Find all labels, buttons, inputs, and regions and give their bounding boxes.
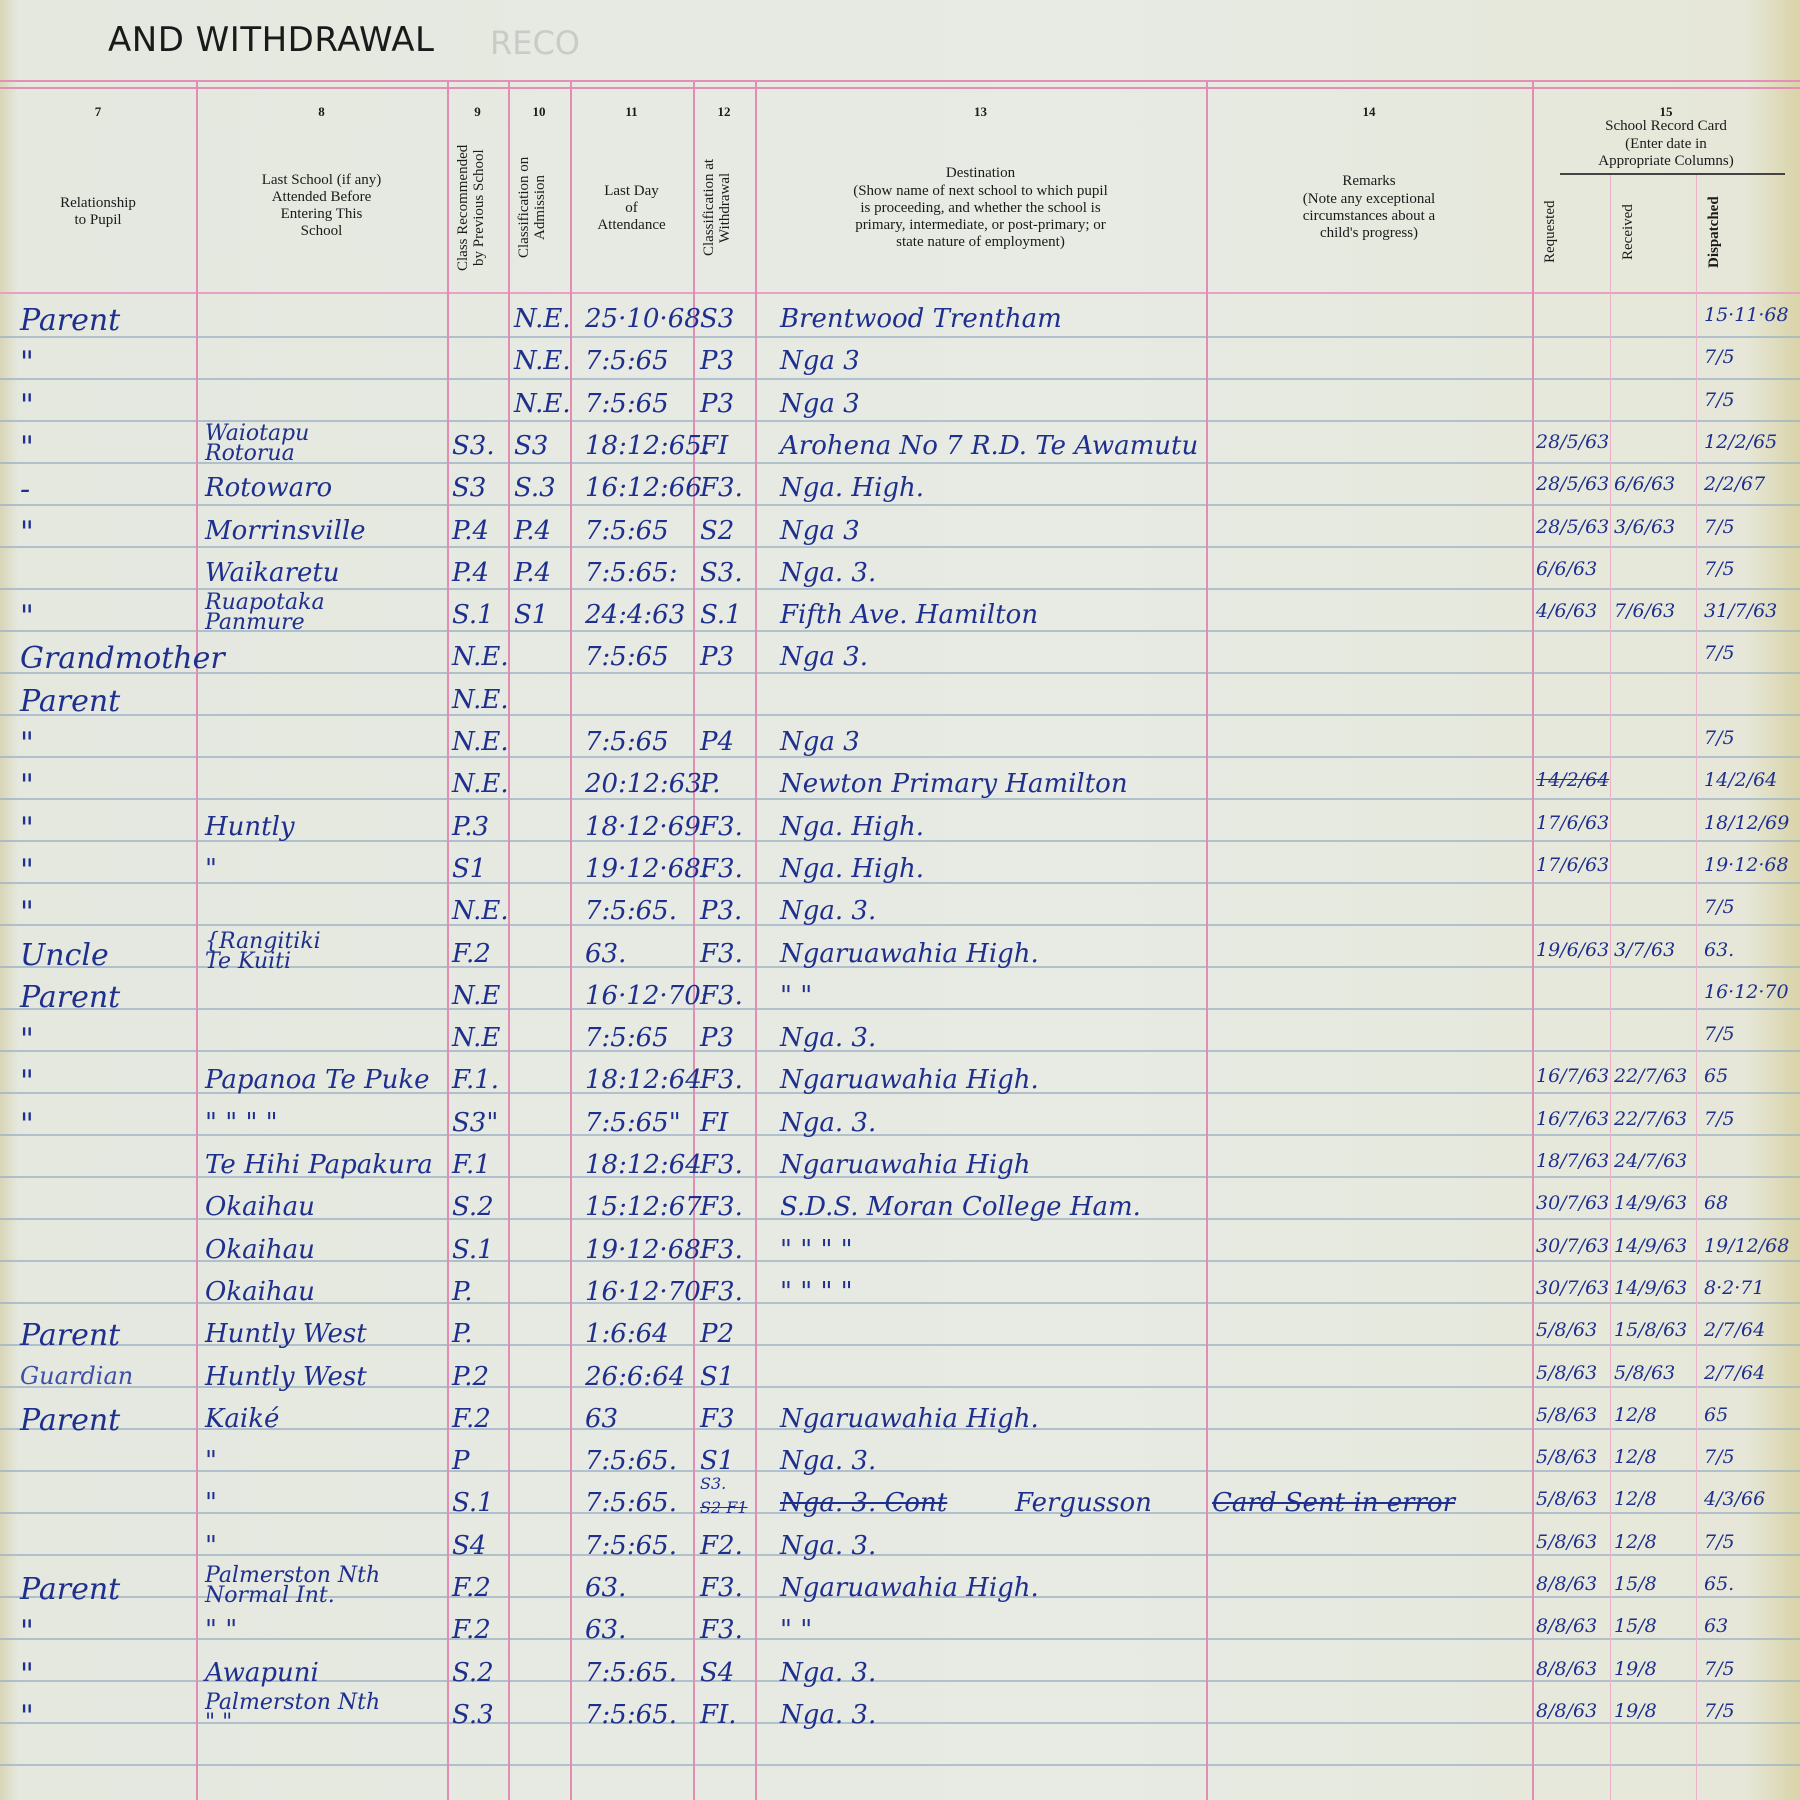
cell-class-withdrawal: P3 (700, 348, 734, 374)
cell-dispatched: 2/7/64 (1704, 1364, 1765, 1383)
cell-last-school: Okaihau (205, 1237, 315, 1263)
cell-class-withdrawal: P3. (700, 898, 742, 924)
cell-class-recommended: F.2 (452, 941, 491, 967)
cell-requested: 5/8/63 (1536, 1490, 1597, 1509)
cell-requested: 18/7/63 (1536, 1152, 1609, 1171)
cell-class-recommended: S.2 (452, 1660, 494, 1686)
cell-remarks: Card Sent in error (1212, 1490, 1455, 1516)
cell-received: 12/8 (1614, 1490, 1657, 1509)
cell-class-withdrawal: F3 (700, 1406, 735, 1432)
column-number: 13 (755, 104, 1206, 120)
cell-last-day: 18:12:64 (585, 1152, 702, 1178)
column-number: 9 (447, 104, 508, 120)
cell-dispatched: 7/5 (1704, 1533, 1735, 1552)
cell-relationship: " (20, 433, 34, 463)
cell-destination: Nga. 3. (780, 1533, 876, 1559)
cell-dispatched: 7/5 (1704, 729, 1735, 748)
cell-destination: Nga. 3. (780, 1448, 876, 1474)
cell-last-day: 63. (585, 1575, 626, 1601)
cell-relationship: " (20, 348, 34, 378)
ledger-page: AND WITHDRAWAL RECO 7Relationship to Pup… (0, 0, 1800, 1800)
cell-class-withdrawal: F3. (700, 1067, 743, 1093)
cell-relationship: " (20, 898, 34, 928)
page-title: AND WITHDRAWAL (108, 20, 434, 60)
cell-dispatched: 68 (1704, 1194, 1728, 1213)
cell-last-day: 25·10·68 (585, 306, 701, 332)
cell-class-withdrawal: F3. (700, 856, 743, 882)
cell-class-recommended: F.2 (452, 1575, 491, 1601)
cell-class-withdrawal: S.1 (700, 602, 742, 628)
cell-dispatched: 7/5 (1704, 1025, 1735, 1044)
cell-requested: 8/8/63 (1536, 1660, 1597, 1679)
cell-dispatched: 8·2·71 (1704, 1279, 1764, 1298)
subcolumn-header-requested: Requested (1542, 182, 1600, 282)
cell-requested: 19/6/63 (1536, 941, 1609, 960)
cell-destination: Nga. 3. (780, 1702, 876, 1728)
cell-last-school: Te Hihi Papakura (205, 1152, 433, 1178)
cell-destination: Nga 3. (780, 644, 868, 670)
cell-class-withdrawal: S2 (700, 518, 734, 544)
column-header: Remarks (1206, 173, 1532, 190)
column-number: 10 (508, 104, 570, 120)
cell-destination: Ngaruawahia High. (780, 941, 1039, 967)
cell-dispatched: 7/5 (1704, 898, 1735, 917)
cell-destination: Nga 3 (780, 348, 860, 374)
cell-last-day: 7:5:65 (585, 1025, 669, 1051)
cell-class-recommended: S3. (452, 433, 495, 459)
cell-requested: 17/6/63 (1536, 856, 1609, 875)
cell-requested: 28/5/63 (1536, 518, 1609, 537)
cell-last-day: 7:5:65: (585, 560, 677, 586)
cell-destination: Arohena No 7 R.D. Te Awamutu (780, 433, 1198, 459)
cell-dispatched: 65 (1704, 1406, 1728, 1425)
column-rule (196, 82, 198, 1800)
cell-received: 14/9/63 (1614, 1237, 1687, 1256)
cell-last-day: 63 (585, 1406, 618, 1432)
cell-class-recommended: S.1 (452, 1237, 494, 1263)
cell-last-day: 7:5:65 (585, 729, 669, 755)
cell-requested: 8/8/63 (1536, 1702, 1597, 1721)
cell-requested: 17/6/63 (1536, 814, 1609, 833)
cell-class-withdrawal: S3 (700, 306, 734, 332)
cell-last-day: 7:5:65. (585, 898, 677, 924)
cell-last-school: Okaihau (205, 1279, 315, 1305)
cell-class-recommended: S.1 (452, 602, 494, 628)
cell-destination: Nga 3 (780, 391, 860, 417)
cell-last-day: 18:12:65. (585, 433, 710, 459)
cell-dispatched: 19·12·68 (1704, 856, 1789, 875)
cell-last-day: 18:12:64 (585, 1067, 702, 1093)
cell-destination: " " " " (780, 1279, 853, 1305)
cell-class-recommended: S.3 (452, 1702, 494, 1728)
cell-class-admission: N.E. (514, 348, 571, 374)
cell-destination: Ngaruawahia High (780, 1152, 1031, 1178)
cell-requested: 16/7/63 (1536, 1110, 1609, 1129)
cell-destination: Nga. 3. (780, 560, 876, 586)
record-card-divider (1560, 173, 1785, 175)
cell-dispatched: 7/5 (1704, 348, 1735, 367)
cell-dispatched: 7/5 (1704, 1702, 1735, 1721)
cell-class-withdrawal: FI (700, 433, 728, 459)
column-header-vertical: Class Recommended by Previous School (455, 130, 500, 285)
cell-last-day: 15:12:67 (585, 1194, 702, 1220)
cell-last-school: Te Kuiti (205, 951, 291, 973)
cell-last-day: 24:4:63 (585, 602, 685, 628)
cell-class-recommended: F.2 (452, 1406, 491, 1432)
cell-destination: Nga. High. (780, 814, 924, 840)
cell-dispatched: 2/7/64 (1704, 1321, 1765, 1340)
cell-received: 12/8 (1614, 1406, 1657, 1425)
cell-relationship: " (20, 1110, 34, 1140)
cell-class-recommended: P (452, 1448, 470, 1474)
cell-class-withdrawal-struck: S2 F1 (700, 1500, 748, 1516)
column-number: 8 (196, 104, 447, 120)
cell-last-school: Kaiké (205, 1406, 279, 1432)
cell-class-admission: S.3 (514, 475, 556, 501)
cell-destination: Ngaruawahia High. (780, 1575, 1039, 1601)
cell-last-day: 20:12:63. (585, 771, 710, 797)
cell-received: 22/7/63 (1614, 1067, 1687, 1086)
cell-destination: Nga. High. (780, 856, 924, 882)
cell-last-school: " (205, 856, 217, 882)
cell-dispatched: 7/5 (1704, 391, 1735, 410)
cell-requested: 30/7/63 (1536, 1237, 1609, 1256)
cell-requested: 30/7/63 (1536, 1279, 1609, 1298)
cell-received: 19/8 (1614, 1702, 1657, 1721)
cell-requested: 28/5/63 (1536, 475, 1609, 494)
cell-dispatched: 7/5 (1704, 1660, 1735, 1679)
cell-received: 5/8/63 (1614, 1364, 1675, 1383)
column-subheader: (Enter date in Appropriate Columns) (1532, 136, 1800, 170)
cell-dispatched: 14/2/64 (1704, 771, 1777, 790)
column-rule (1206, 82, 1208, 1800)
show-through-text: RECO (490, 24, 580, 62)
cell-class-withdrawal: S3. (700, 560, 743, 586)
cell-class-withdrawal: F3. (700, 814, 743, 840)
cell-last-school: Awapuni (205, 1660, 319, 1686)
cell-dispatched: 2/2/67 (1704, 475, 1765, 494)
cell-destination: " " (780, 983, 812, 1009)
cell-destination: " " " " (780, 1237, 853, 1263)
cell-class-recommended: S.1 (452, 1490, 494, 1516)
cell-class-withdrawal: S1 (700, 1364, 734, 1390)
cell-destination: Fergusson (1015, 1490, 1152, 1516)
cell-requested: 6/6/63 (1536, 560, 1597, 579)
cell-relationship: Parent (20, 687, 120, 717)
cell-dispatched: 4/3/66 (1704, 1490, 1765, 1509)
cell-relationship: " (20, 856, 34, 886)
column-header: School Record Card (1532, 118, 1800, 135)
cell-last-school: Normal Int. (205, 1585, 335, 1607)
cell-last-school: Waikaretu (205, 560, 340, 586)
column-header: Last Day of Attendance (570, 183, 693, 234)
cell-requested: 5/8/63 (1536, 1364, 1597, 1383)
cell-destination: Nga. 3. (780, 1660, 876, 1686)
cell-received: 19/8 (1614, 1660, 1657, 1679)
cell-destination: Nga 3 (780, 518, 860, 544)
cell-class-withdrawal: FI (700, 1110, 728, 1136)
cell-requested: 5/8/63 (1536, 1321, 1597, 1340)
cell-received: 24/7/63 (1614, 1152, 1687, 1171)
cell-received: 12/8 (1614, 1533, 1657, 1552)
cell-destination: Fifth Ave. Hamilton (780, 602, 1038, 628)
cell-dispatched: 31/7/63 (1704, 602, 1777, 621)
cell-destination: " " (780, 1617, 812, 1643)
cell-last-day: 1:6:64 (585, 1321, 669, 1347)
cell-received: 22/7/63 (1614, 1110, 1687, 1129)
column-rule (447, 82, 449, 1800)
cell-requested: 14/2/64 (1536, 771, 1609, 790)
cell-last-school: Papanoa Te Puke (205, 1067, 430, 1093)
cell-requested: 4/6/63 (1536, 602, 1597, 621)
header-bottom-rule (0, 292, 1800, 294)
cell-dispatched: 15·11·68 (1704, 306, 1789, 325)
cell-relationship: Parent (20, 983, 120, 1013)
cell-last-school: Okaihau (205, 1194, 315, 1220)
subcolumn-header-received: Received (1620, 182, 1686, 282)
cell-requested: 5/8/63 (1536, 1533, 1597, 1552)
cell-relationship: " (20, 729, 34, 759)
cell-last-day: 63. (585, 1617, 626, 1643)
cell-dispatched: 63 (1704, 1617, 1728, 1636)
cell-class-withdrawal: F3. (700, 1152, 743, 1178)
cell-class-withdrawal: P3 (700, 391, 734, 417)
cell-destination: Nga. High. (780, 475, 924, 501)
cell-last-day: 7:5:65. (585, 1660, 677, 1686)
cell-relationship: " (20, 602, 34, 632)
cell-received: 15/8 (1614, 1617, 1657, 1636)
cell-dispatched: 7/5 (1704, 518, 1735, 537)
cell-relationship: Parent (20, 1321, 120, 1351)
cell-last-school: Morrinsville (205, 518, 366, 544)
cell-class-recommended: S1 (452, 856, 486, 882)
cell-class-withdrawal: P4 (700, 729, 734, 755)
cell-dispatched: 7/5 (1704, 644, 1735, 663)
cell-dispatched: 63. (1704, 941, 1734, 960)
column-number: 11 (570, 104, 693, 120)
column-number: 12 (693, 104, 755, 120)
column-header: Last School (if any) Attended Before Ent… (196, 172, 447, 240)
cell-class-recommended: S4 (452, 1533, 486, 1559)
cell-last-day: 7:5:65 (585, 348, 669, 374)
cell-last-day: 7:5:65 (585, 518, 669, 544)
cell-class-withdrawal: S1 (700, 1448, 734, 1474)
cell-last-day: 26:6:64 (585, 1364, 685, 1390)
cell-last-day: 7:5:65. (585, 1702, 677, 1728)
cell-destination: Nga 3 (780, 729, 860, 755)
cell-class-recommended: N.E. (452, 644, 509, 670)
cell-class-admission: P.4 (514, 560, 551, 586)
cell-last-school: " (205, 1490, 217, 1516)
cell-class-withdrawal: S3. (700, 1476, 726, 1492)
cell-class-withdrawal: F3. (700, 1575, 743, 1601)
cell-class-recommended: P. (452, 1321, 473, 1347)
cell-class-recommended: P. (452, 1279, 473, 1305)
cell-class-withdrawal: FI. (700, 1702, 737, 1728)
cell-class-withdrawal: F3. (700, 1279, 743, 1305)
cell-last-school: Huntly West (205, 1364, 367, 1390)
cell-relationship: Parent (20, 306, 120, 336)
cell-last-school: Rotorua (205, 443, 295, 465)
cell-dispatched: 19/12/68 (1704, 1237, 1789, 1256)
cell-relationship: Grandmother (20, 644, 225, 674)
cell-destination: Ngaruawahia High. (780, 1406, 1039, 1432)
column-rule (1532, 82, 1534, 1800)
cell-dispatched: 12/2/65 (1704, 433, 1777, 452)
cell-last-school: " " (205, 1712, 232, 1734)
column-header-vertical: Classification at Withdrawal (701, 130, 747, 285)
cell-class-withdrawal: P2 (700, 1321, 734, 1347)
cell-class-recommended: P.2 (452, 1364, 489, 1390)
column-rule (508, 82, 510, 1800)
cell-relationship: " (20, 771, 34, 801)
cell-last-day: 18·12·69 (585, 814, 701, 840)
cell-relationship: " (20, 1660, 34, 1690)
cell-destination: Ngaruawahia High. (780, 1067, 1039, 1093)
cell-relationship: - (20, 475, 30, 505)
column-rule (570, 82, 572, 1800)
cell-class-recommended: F.1. (452, 1067, 499, 1093)
cell-last-school: Rotowaro (205, 475, 332, 501)
cell-last-day: 7:5:65. (585, 1533, 677, 1559)
cell-received: 3/6/63 (1614, 518, 1675, 537)
cell-class-recommended: N.E. (452, 898, 509, 924)
cell-class-recommended: P.3 (452, 814, 489, 840)
cell-class-recommended: P.4 (452, 518, 489, 544)
cell-class-recommended: N.E (452, 1025, 500, 1051)
cell-destination: Nga. 3. (780, 1110, 876, 1136)
cell-destination: Brentwood Trentham (780, 306, 1062, 332)
cell-relationship: " (20, 1617, 34, 1647)
cell-class-withdrawal: P. (700, 771, 721, 797)
cell-received: 12/8 (1614, 1448, 1657, 1467)
cell-relationship: " (20, 814, 34, 844)
cell-class-withdrawal: S4 (700, 1660, 734, 1686)
column-header: Relationship to Pupil (0, 195, 196, 229)
cell-dispatched: 65 (1704, 1067, 1728, 1086)
cell-last-school: Panmure (205, 612, 305, 634)
cell-class-admission: N.E. (514, 391, 571, 417)
cell-relationship: Uncle (20, 941, 109, 971)
cell-class-recommended: S3" (452, 1110, 498, 1136)
cell-relationship: " (20, 1067, 34, 1097)
cell-received: 15/8 (1614, 1575, 1657, 1594)
cell-class-recommended: N.E (452, 983, 500, 1009)
cell-relationship: Parent (20, 1575, 120, 1605)
cell-relationship: " (20, 1025, 34, 1055)
cell-last-school: Huntly West (205, 1321, 367, 1347)
cell-class-withdrawal: F3. (700, 1237, 743, 1263)
column-subheader: (Note any exceptional circumstances abou… (1206, 191, 1532, 242)
cell-class-admission: P.4 (514, 518, 551, 544)
cell-last-school: " " " " (205, 1110, 278, 1136)
column-header-vertical: Classification on Admission (516, 130, 562, 285)
cell-class-withdrawal: P3 (700, 1025, 734, 1051)
cell-class-recommended: S.2 (452, 1194, 494, 1220)
cell-received: 7/6/63 (1614, 602, 1675, 621)
cell-dispatched: 65. (1704, 1575, 1734, 1594)
cell-relationship: " (20, 1702, 34, 1732)
cell-last-school: " (205, 1533, 217, 1559)
cell-received: 14/9/63 (1614, 1194, 1687, 1213)
column-number: 7 (0, 104, 196, 120)
cell-relationship: " (20, 391, 34, 421)
cell-destination: S.D.S. Moran College Ham. (780, 1194, 1141, 1220)
cell-relationship: " (20, 518, 34, 548)
cell-last-school: " " (205, 1617, 237, 1643)
cell-last-day: 16·12·70· (585, 983, 709, 1009)
cell-last-day: 19·12·68 (585, 1237, 701, 1263)
cell-class-recommended: N.E. (452, 687, 509, 713)
subcolumn-header-dispatched: Dispatched (1706, 182, 1790, 282)
cell-last-day: 7:5:65. (585, 1490, 677, 1516)
cell-last-day: 16·12·70 (585, 1279, 701, 1305)
cell-class-withdrawal: F3. (700, 941, 743, 967)
cell-received: 14/9/63 (1614, 1279, 1687, 1298)
column-rule (1610, 175, 1611, 1800)
column-number: 14 (1206, 104, 1532, 120)
cell-last-day: 63. (585, 941, 626, 967)
cell-class-withdrawal: F3. (700, 1194, 743, 1220)
cell-destination: Nga. 3. (780, 1025, 876, 1051)
cell-requested: 8/8/63 (1536, 1575, 1597, 1594)
header-top-rule (0, 80, 1800, 89)
cell-last-day: 16:12:66 (585, 475, 702, 501)
cell-class-withdrawal: F3. (700, 983, 743, 1009)
column-rule (693, 82, 695, 1800)
column-rule (1696, 175, 1697, 1800)
cell-received: 3/7/63 (1614, 941, 1675, 960)
cell-destination-struck: Nga. 3. Cont (780, 1490, 947, 1516)
cell-class-recommended: F.1 (452, 1152, 491, 1178)
cell-requested: 30/7/63 (1536, 1194, 1609, 1213)
cell-class-admission: N.E. (514, 306, 571, 332)
cell-last-day: 7:5:65 (585, 644, 669, 670)
cell-requested: 8/8/63 (1536, 1617, 1597, 1636)
cell-requested: 28/5/63 (1536, 433, 1609, 452)
cell-class-withdrawal: F3. (700, 475, 743, 501)
column-rule (755, 82, 757, 1800)
cell-received: 15/8/63 (1614, 1321, 1687, 1340)
column-header: Destination (755, 165, 1206, 182)
cell-dispatched: 7/5 (1704, 1110, 1735, 1129)
cell-received: 6/6/63 (1614, 475, 1675, 494)
cell-last-day: 7:5:65. (585, 1448, 677, 1474)
cell-requested: 5/8/63 (1536, 1406, 1597, 1425)
cell-requested: 16/7/63 (1536, 1067, 1609, 1086)
cell-class-admission: S3 (514, 433, 548, 459)
cell-dispatched: 18/12/69 (1704, 814, 1789, 833)
cell-class-recommended: N.E. (452, 729, 509, 755)
cell-dispatched: 7/5 (1704, 1448, 1735, 1467)
cell-relationship: Parent (20, 1406, 120, 1436)
cell-class-withdrawal: F3. (700, 1617, 743, 1643)
cell-last-school: " (205, 1448, 217, 1474)
cell-relationship: Guardian (20, 1364, 133, 1388)
cell-last-school: Huntly (205, 814, 295, 840)
cell-requested: 5/8/63 (1536, 1448, 1597, 1467)
cell-class-recommended: P.4 (452, 560, 489, 586)
cell-class-recommended: N.E. (452, 771, 509, 797)
cell-last-day: 7:5:65" (585, 1110, 681, 1136)
cell-class-recommended: S3 (452, 475, 486, 501)
cell-last-day: 7:5:65 (585, 391, 669, 417)
cell-dispatched: 7/5 (1704, 560, 1735, 579)
column-subheader: (Show name of next school to which pupil… (755, 183, 1206, 251)
cell-destination: Nga. 3. (780, 898, 876, 924)
cell-destination: Newton Primary Hamilton (780, 771, 1128, 797)
cell-class-admission: S1 (514, 602, 548, 628)
